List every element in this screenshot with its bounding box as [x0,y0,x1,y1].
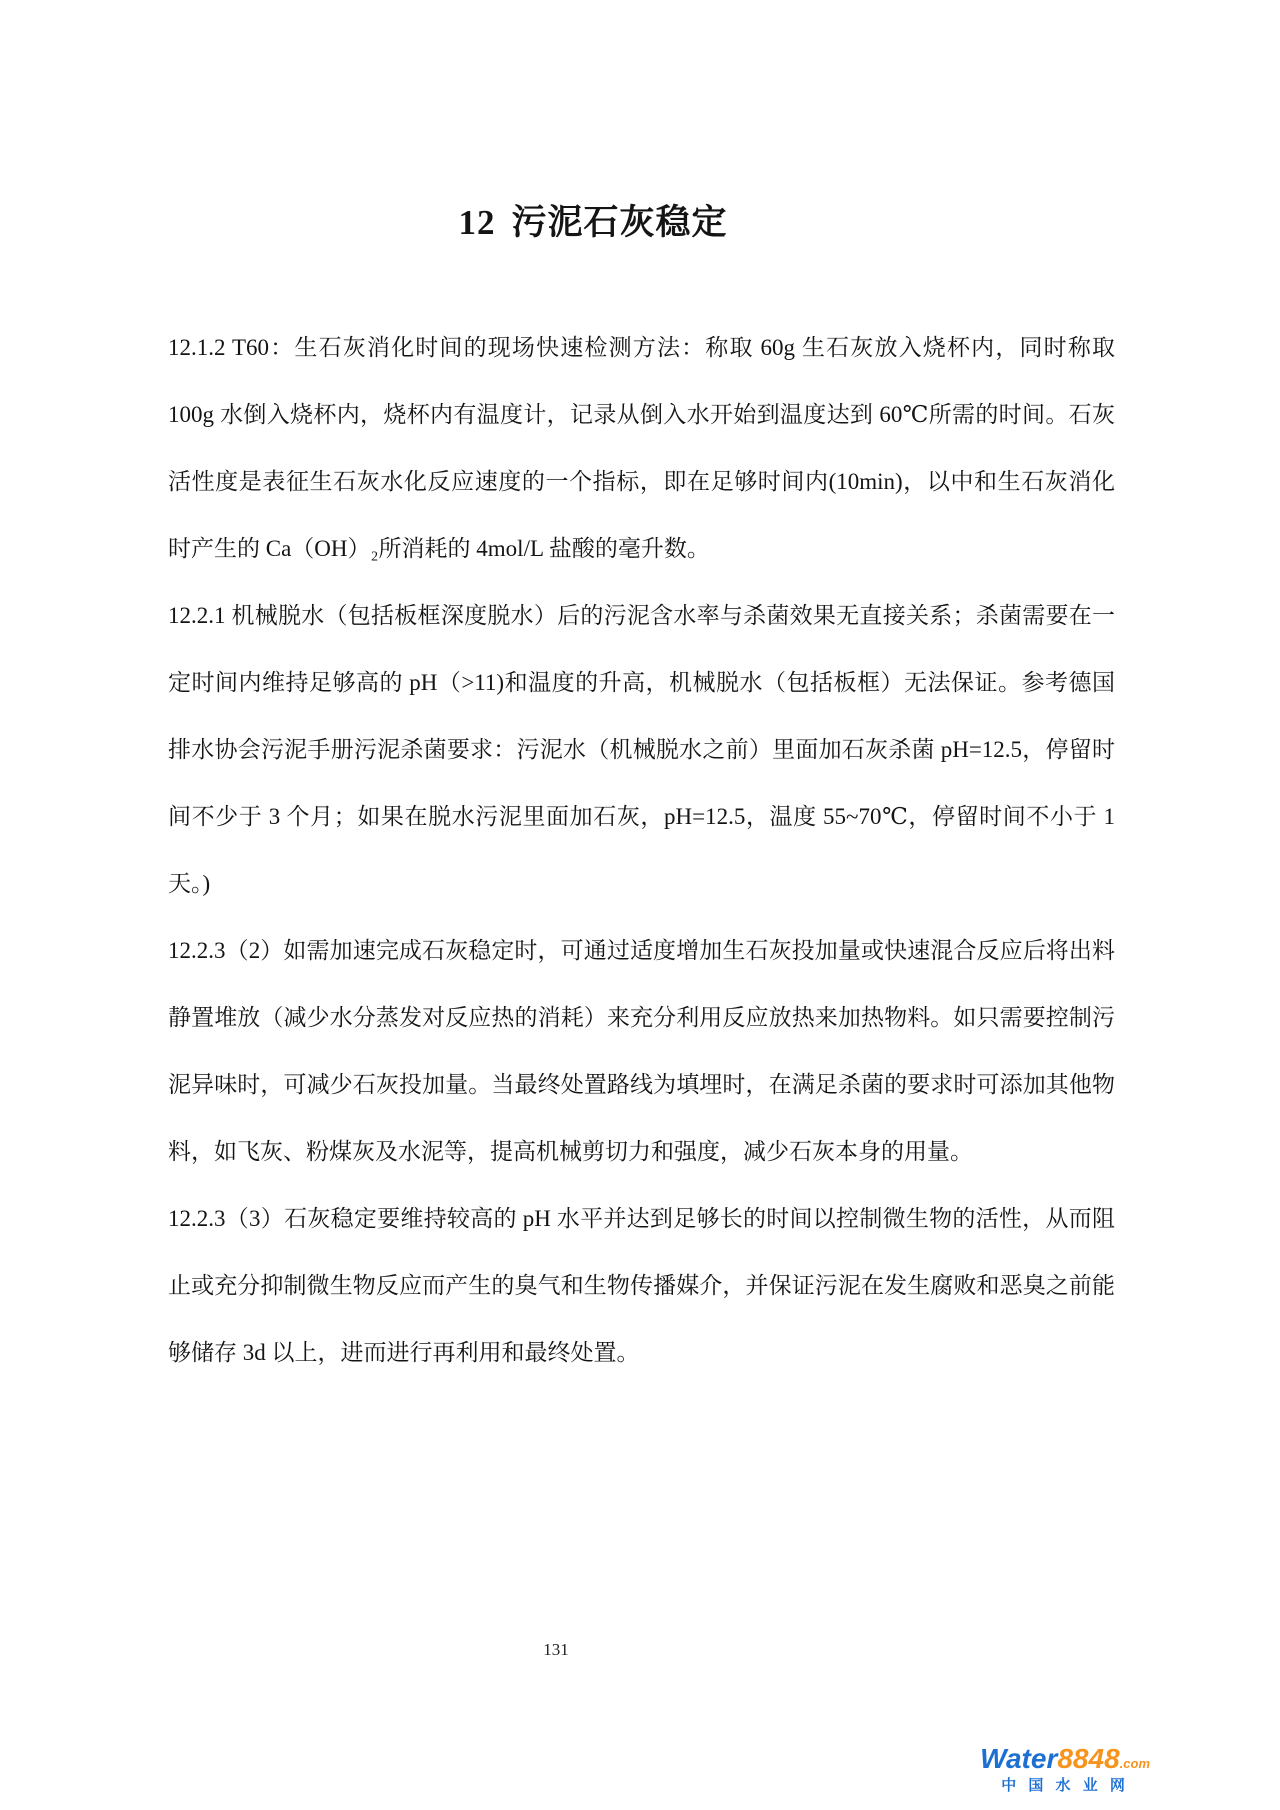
watermark-subtitle: 中 国 水 业 网 [980,1778,1150,1795]
document-page: 12污泥石灰稳定 12.1.2 T60：生石灰消化时间的现场快速检测方法：称取 … [0,0,1280,1810]
logo-word-water: Water [980,1743,1057,1774]
chapter-title-text: 污泥石灰稳定 [511,203,727,242]
logo-suffix-com: .com [1120,1756,1150,1771]
water8848-watermark: Water8848.com 中 国 水 业 网 [980,1744,1150,1794]
document-body: 12.1.2 T60：生石灰消化时间的现场快速检测方法：称取 60g 生石灰放入… [168,314,1115,1386]
paragraph-12-2-3-3: 12.2.3（3）石灰稳定要维持较高的 pH 水平并达到足够长的时间以控制微生物… [168,1185,1115,1386]
water8848-logo: Water8848.com [980,1744,1150,1775]
paragraph-12-2-1: 12.2.1 机械脱水（包括板框深度脱水）后的污泥含水率与杀菌效果无直接关系；杀… [168,582,1115,917]
page-number: 131 [0,1640,1112,1660]
paragraph-12-2-3-2: 12.2.3（2）如需加速完成石灰稳定时，可通过适度增加生石灰投加量或快速混合反… [168,917,1115,1185]
paragraph-12-1-2: 12.1.2 T60：生石灰消化时间的现场快速检测方法：称取 60g 生石灰放入… [168,314,1115,582]
logo-number-8848: 8848 [1057,1743,1119,1774]
page-title: 12污泥石灰稳定 [0,195,1186,245]
chapter-number: 12 [458,203,495,242]
